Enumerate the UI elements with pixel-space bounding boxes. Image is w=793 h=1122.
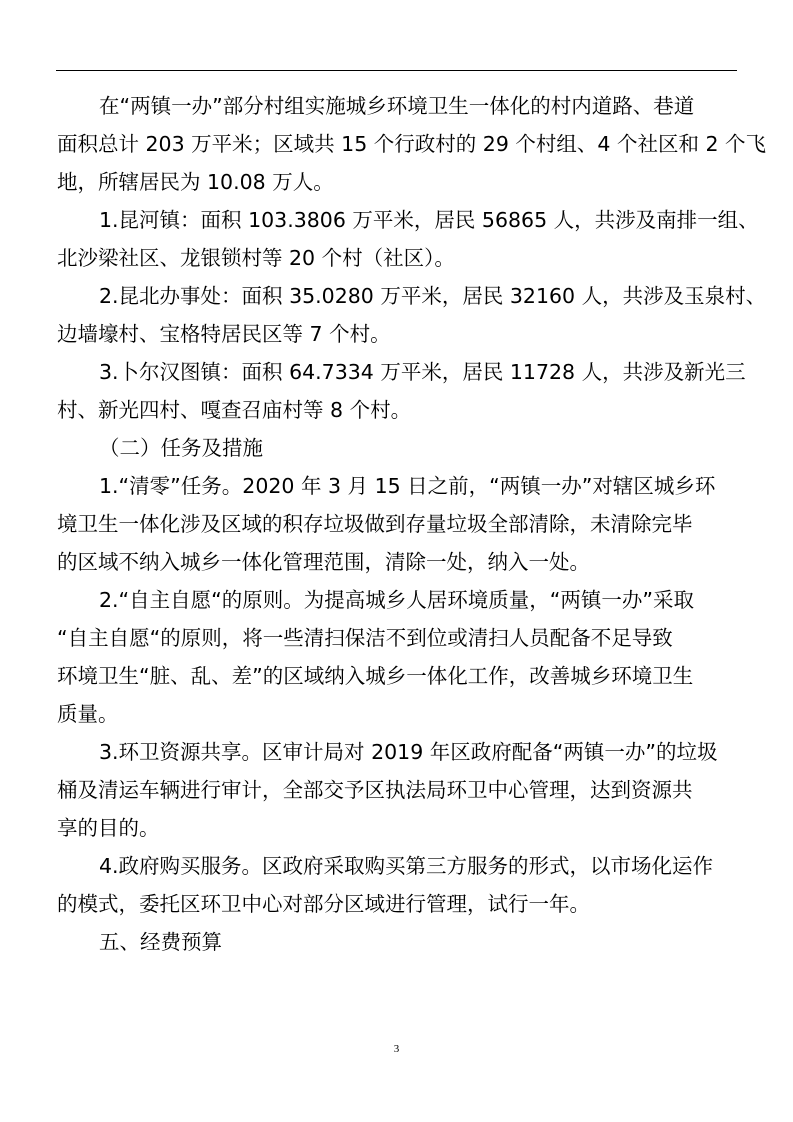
text-line: 2.“自主自愿“的原则。为提高城乡人居环境质量，“两镇一办”采取 bbox=[57, 581, 739, 619]
text-line: 质量。 bbox=[57, 695, 739, 733]
text-line: 面积总计 203 万平米；区域共 15 个行政村的 29 个村组、4 个社区和 … bbox=[57, 125, 739, 163]
text-line: 环境卫生“脏、乱、差”的区域纳入城乡一体化工作，改善城乡环境卫生 bbox=[57, 657, 739, 695]
heading-text: （二）任务及措施 bbox=[57, 429, 739, 467]
paragraph-task-voluntary: 2.“自主自愿“的原则。为提高城乡人居环境质量，“两镇一办”采取 “自主自愿“的… bbox=[57, 581, 739, 733]
text-line: 享的目的。 bbox=[57, 809, 739, 847]
text-line: 2.昆北办事处：面积 35.0280 万平米，居民 32160 人，共涉及玉泉村… bbox=[57, 277, 739, 315]
document-body: 在“两镇一办”部分村组实施城乡环境卫生一体化的村内道路、巷道 面积总计 203 … bbox=[57, 87, 739, 961]
text-line: 4.政府购买服务。区政府采取购买第三方服务的形式，以市场化运作 bbox=[57, 847, 739, 885]
text-line: 村、新光四村、嘎查召庙村等 8 个村。 bbox=[57, 391, 739, 429]
text-line: 地，所辖居民为 10.08 万人。 bbox=[57, 163, 739, 201]
text-line: 的区域不纳入城乡一体化管理范围，清除一处，纳入一处。 bbox=[57, 543, 739, 581]
text-line: 北沙梁社区、龙银锁村等 20 个村（社区）。 bbox=[57, 239, 739, 277]
text-line: 桶及清运车辆进行审计，全部交予区执法局环卫中心管理，达到资源共 bbox=[57, 771, 739, 809]
text-line: 1.“清零”任务。2020 年 3 月 15 日之前，“两镇一办”对辖区城乡环 bbox=[57, 467, 739, 505]
page-number: 3 bbox=[0, 1043, 793, 1055]
text-line: 的模式，委托区环卫中心对部分区域进行管理，试行一年。 bbox=[57, 885, 739, 923]
paragraph-task-clear-zero: 1.“清零”任务。2020 年 3 月 15 日之前，“两镇一办”对辖区城乡环 … bbox=[57, 467, 739, 581]
paragraph-task-resource-sharing: 3.环卫资源共享。区审计局对 2019 年区政府配备“两镇一办”的垃圾 桶及清运… bbox=[57, 733, 739, 847]
header-rule bbox=[56, 70, 737, 71]
paragraph-kunbei-office: 2.昆北办事处：面积 35.0280 万平米，居民 32160 人，共涉及玉泉村… bbox=[57, 277, 739, 353]
text-line: 3.环卫资源共享。区审计局对 2019 年区政府配备“两镇一办”的垃圾 bbox=[57, 733, 739, 771]
section-heading-tasks-measures: （二）任务及措施 bbox=[57, 429, 739, 467]
text-line: 3.卜尔汉图镇：面积 64.7334 万平米，居民 11728 人，共涉及新光三 bbox=[57, 353, 739, 391]
text-line: 边墙壕村、宝格特居民区等 7 个村。 bbox=[57, 315, 739, 353]
paragraph-task-purchase-services: 4.政府购买服务。区政府采取购买第三方服务的形式，以市场化运作 的模式，委托区环… bbox=[57, 847, 739, 923]
section-heading-budget: 五、经费预算 bbox=[57, 923, 739, 961]
paragraph-kunhe-town: 1.昆河镇：面积 103.3806 万平米，居民 56865 人，共涉及南排一组… bbox=[57, 201, 739, 277]
heading-text: 五、经费预算 bbox=[57, 923, 739, 961]
paragraph-area-summary: 在“两镇一办”部分村组实施城乡环境卫生一体化的村内道路、巷道 面积总计 203 … bbox=[57, 87, 739, 201]
text-line: “自主自愿“的原则，将一些清扫保洁不到位或清扫人员配备不足导致 bbox=[57, 619, 739, 657]
text-line: 1.昆河镇：面积 103.3806 万平米，居民 56865 人，共涉及南排一组… bbox=[57, 201, 739, 239]
paragraph-buerhantu-town: 3.卜尔汉图镇：面积 64.7334 万平米，居民 11728 人，共涉及新光三… bbox=[57, 353, 739, 429]
text-line: 在“两镇一办”部分村组实施城乡环境卫生一体化的村内道路、巷道 bbox=[57, 87, 739, 125]
text-line: 境卫生一体化涉及区域的积存垃圾做到存量垃圾全部清除，未清除完毕 bbox=[57, 505, 739, 543]
